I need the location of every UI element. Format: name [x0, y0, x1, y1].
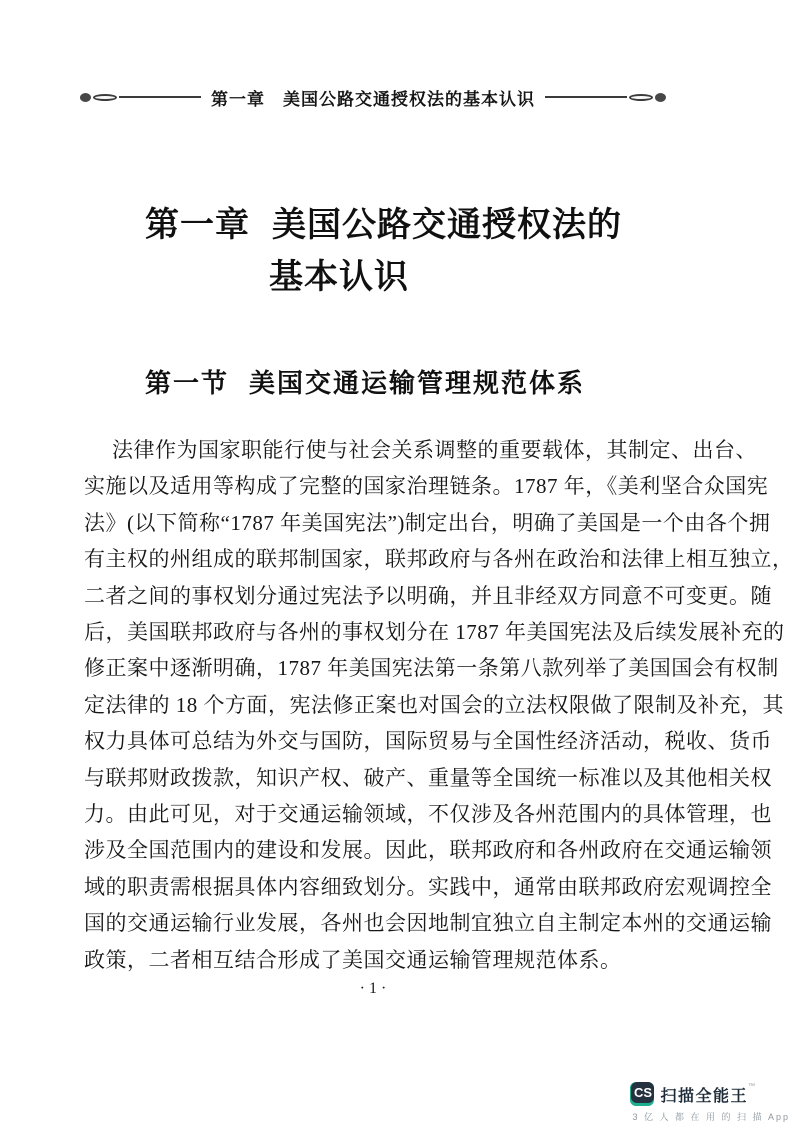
body-line: 法》(以下简称“1787 年美国宪法”)制定出台，明确了美国是一个由各个拥 [84, 505, 662, 541]
chapter-heading: 第一章美国公路交通授权法的 基本认识 [145, 200, 705, 304]
section-number: 第一节 [145, 368, 229, 398]
body-line: 实施以及适用等构成了完整的国家治理链条。1787 年，《美利坚合众国宪 [84, 468, 662, 504]
camscanner-app-name: 扫描全能王™ [660, 1083, 756, 1106]
ornament-rule-right [545, 96, 627, 98]
body-line: 后，美国联邦政府与各州的事权划分在 1787 年美国宪法及后续发展补充的 [84, 614, 662, 650]
chapter-title-part1: 美国公路交通授权法的 [272, 207, 622, 244]
body-line: 修正案中逐渐明确，1787 年美国宪法第一条第八款列举了美国国会有权制 [84, 650, 662, 686]
camscanner-watermark-row: CS 扫描全能王™ [630, 1082, 756, 1106]
trademark-mark: ™ [748, 1083, 757, 1090]
ornament-rule-left [119, 96, 201, 98]
chapter-heading-line1: 第一章美国公路交通授权法的 [145, 200, 705, 252]
camscanner-logo-icon: CS [630, 1082, 654, 1106]
chapter-number: 第一章 [145, 207, 250, 244]
body-line: 国的交通运输行业发展，各州也会因地制宜独立自主制定本州的交通运输 [84, 905, 662, 941]
body-line: 二者之间的事权划分通过宪法予以明确，并且非经双方同意不可变更。随 [84, 578, 662, 614]
ornament-ellipse-right-icon [629, 94, 653, 101]
page-number: · 1 · [84, 980, 662, 998]
ornament-dot-left-icon [80, 93, 91, 102]
running-head-title: 第一章 美国公路交通授权法的基本认识 [201, 85, 545, 110]
ornament-dot-right-icon [655, 93, 666, 102]
camscanner-tagline: 3 亿 人 都 在 用 的 扫 描 App [630, 1110, 790, 1123]
body-line: 有主权的州组成的联邦制国家，联邦政府与各州在政治和法律上相互独立， [84, 541, 662, 577]
body-line: 力。由此可见，对于交通运输领域，不仅涉及各州范围内的具体管理，也 [84, 796, 662, 832]
body-paragraph: 法律作为国家职能行使与社会关系调整的重要载体，其制定、出台、 实施以及适用等构成… [84, 432, 662, 978]
body-line: 域的职责需根据具体内容细致划分。实践中，通常由联邦政府宏观调控全 [84, 869, 662, 905]
scanned-book-page: 第一章 美国公路交通授权法的基本认识 第一章美国公路交通授权法的 基本认识 第一… [0, 0, 800, 1132]
section-title: 美国交通运输管理规范体系 [249, 368, 585, 398]
body-line: 权力具体可总结为外交与国防，国际贸易与全国性经济活动，税收、货币 [84, 723, 662, 759]
camscanner-app-name-text: 扫描全能王 [660, 1088, 748, 1105]
body-line: 定法律的 18 个方面，宪法修正案也对国会的立法权限做了限制及补充，其 [84, 687, 662, 723]
running-head: 第一章 美国公路交通授权法的基本认识 [80, 86, 666, 108]
section-heading: 第一节美国交通运输管理规范体系 [145, 363, 705, 400]
ornament-ellipse-left-icon [93, 94, 117, 101]
body-line: 与联邦财政拨款，知识产权、破产、重量等全国统一标准以及其他相关权 [84, 760, 662, 796]
chapter-title-part2: 基本认识 [269, 252, 705, 304]
camscanner-watermark: CS 扫描全能王™ 3 亿 人 都 在 用 的 扫 描 App [630, 1082, 790, 1123]
body-line: 法律作为国家职能行使与社会关系调整的重要载体，其制定、出台、 [84, 432, 662, 468]
camscanner-logo-cs-text: CS [631, 1082, 654, 1103]
body-line: 涉及全国范围内的建设和发展。因此，联邦政府和各州政府在交通运输领 [84, 832, 662, 868]
body-line: 政策，二者相互结合形成了美国交通运输管理规范体系。 [84, 942, 662, 978]
